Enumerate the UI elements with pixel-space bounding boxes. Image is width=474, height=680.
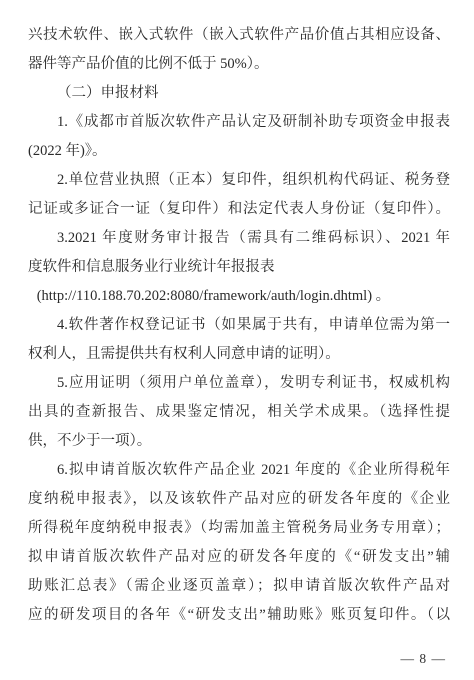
text-line: （二）申报材料	[28, 79, 450, 108]
text-line: 出具的查新报告、成果鉴定情况，相关学术成果。（选择性提	[28, 398, 450, 427]
text-line: 度纳税申报表》，以及该软件产品对应的研发各年度的《企业	[28, 485, 450, 514]
text-line: (http://110.188.70.202:8080/framework/au…	[28, 282, 450, 311]
text-line: 1.《成都市首版次软件产品认定及研制补助专项资金申报表	[28, 108, 450, 137]
text-line: (2022 年)》。	[28, 137, 450, 166]
text-line: 拟申请首版次软件产品对应的研发各年度的《“研发支出”辅	[28, 543, 450, 572]
text-line: 4.软件著作权登记证书（如果属于共有，申请单位需为第一	[28, 311, 450, 340]
document-page: 兴技术软件、嵌入式软件（嵌入式软件产品价值占其相应设备、器件等产品价值的比例不低…	[0, 0, 474, 680]
text-line: 兴技术软件、嵌入式软件（嵌入式软件产品价值占其相应设备、	[28, 21, 450, 50]
text-line: 器件等产品价值的比例不低于 50%）。	[28, 50, 450, 79]
text-line: 3.2021 年度财务审计报告（需具有二维码标识）、2021 年	[28, 224, 450, 253]
text-line: 2.单位营业执照（正本）复印件，组织机构代码证、税务登	[28, 166, 450, 195]
document-body: 兴技术软件、嵌入式软件（嵌入式软件产品价值占其相应设备、器件等产品价值的比例不低…	[28, 21, 450, 630]
page-number: — 8 —	[401, 651, 447, 667]
text-line: 助账汇总表》（需企业逐页盖章）；拟申请首版次软件产品对	[28, 572, 450, 601]
text-line: 所得税年度纳税申报表》（均需加盖主管税务局业务专用章）；	[28, 514, 450, 543]
text-line: 5.应用证明（须用户单位盖章），发明专利证书，权威机构	[28, 369, 450, 398]
text-line: 记证或多证合一证（复印件）和法定代表人身份证（复印件）。	[28, 195, 450, 224]
text-line: 度软件和信息服务业行业统计年报报表	[28, 253, 450, 282]
text-line: 供，不少于一项）。	[28, 427, 450, 456]
text-line: 应的研发项目的各年《“研发支出”辅助账》账页复印件。（以	[28, 601, 450, 630]
text-line: 权利人，且需提供共有权利人同意申请的证明）。	[28, 340, 450, 369]
text-line: 6.拟申请首版次软件产品企业 2021 年度的《企业所得税年	[28, 456, 450, 485]
